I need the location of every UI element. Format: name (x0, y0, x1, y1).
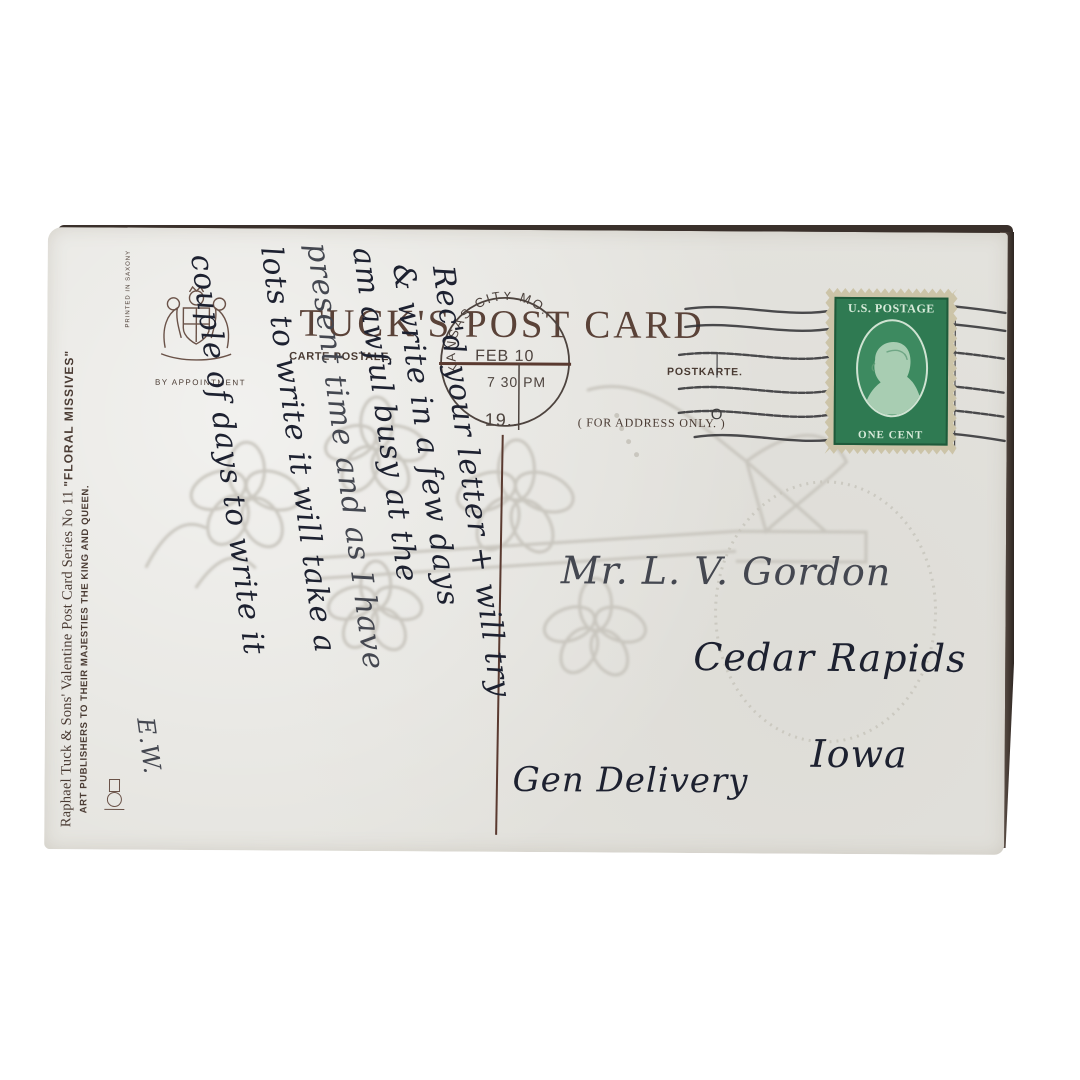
stamp-bottom-text: ONE CENT (836, 429, 946, 442)
postmark-year: 19.. (485, 410, 519, 431)
postmark-time: 7 30 PM (487, 374, 546, 390)
stamp-portrait-oval (856, 319, 929, 417)
franklin-portrait-icon (858, 321, 927, 415)
publisher-subline: ART PUBLISHERS TO THEIR MAJESTIES THE KI… (78, 267, 92, 827)
recipient-name: Mr. L. V. Gordon (561, 548, 892, 594)
postage-stamp: U.S. POSTAGE ONE CENT (825, 288, 958, 455)
publisher-easel-mark-icon (102, 777, 126, 811)
general-delivery-note: Gen Delivery (512, 760, 748, 801)
postmark-date: FEB 10 (475, 348, 534, 366)
recipient-city: Cedar Rapids (693, 635, 966, 681)
publisher-imprint: Raphael Tuck & Sons' Valentine Post Card… (58, 267, 92, 827)
message-signature: E.W. (131, 716, 166, 776)
series-line: Raphael Tuck & Sons' Valentine Post Card… (58, 267, 78, 827)
printed-in-saxony: PRINTED IN SAXONY (125, 250, 131, 328)
postcard: Raphael Tuck & Sons' Valentine Post Card… (44, 227, 1008, 855)
stamp-frame: U.S. POSTAGE ONE CENT (834, 297, 949, 446)
stamp-top-text: U.S. POSTAGE (836, 301, 946, 317)
cancel-mark: O (711, 406, 723, 423)
recipient-state: Iowa (811, 732, 908, 777)
